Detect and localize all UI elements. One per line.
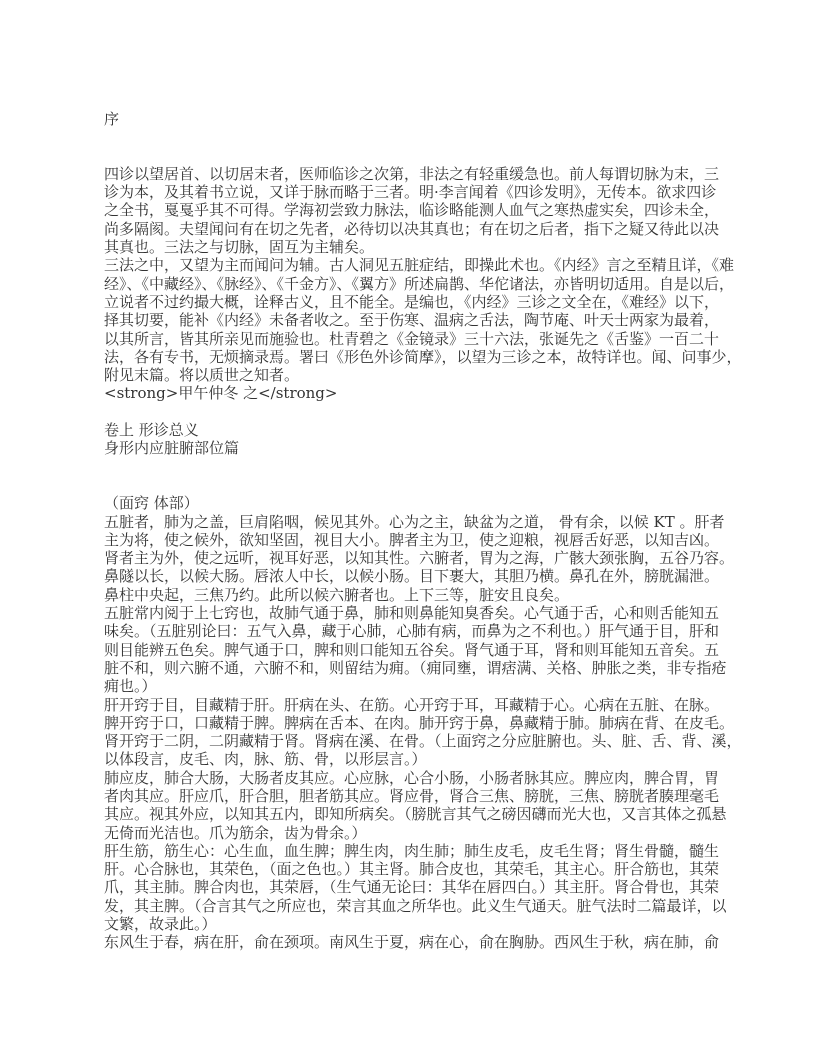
text-line: 以其所言，皆其所亲见而施验也。杜青碧之《金镜录》三十六法，张诞先之《舌鉴》一百二… xyxy=(104,330,712,348)
blank-line xyxy=(104,128,712,146)
text-line: 脏不和，则六腑不通，六腑不和，则留结为痈。（痈同壅，谓痞满、关格、肿胀之类，非专… xyxy=(104,659,712,677)
spacer-after-signature xyxy=(104,403,712,421)
section-label: （面窍 体部） xyxy=(104,494,712,512)
spacer-after-chapter-heading xyxy=(104,458,712,495)
text-line: 序 xyxy=(104,110,712,128)
signature-line: <strong>甲午仲冬 之</strong> xyxy=(104,384,712,402)
text-line: 三法之中，又望为主而闻问为辅。古人洞见五脏症结，即操此术也。《内经》言之至精且详… xyxy=(104,256,712,274)
blank-line xyxy=(104,147,712,165)
text-line: <strong>甲午仲冬 之</strong> xyxy=(104,384,712,402)
preface-paragraph-1: 四诊以望居首、以切居末者，医师临诊之次第，非法之有轻重缓急也。前人每谓切脉为末，… xyxy=(104,165,712,256)
text-line: 爪，其主肺。脾合肉也，其荣唇，（生气通无论曰：其华在唇四白。）其主肝。肾合骨也，… xyxy=(104,878,712,896)
body-paragraph-1: 五脏者，肺为之盖，巨肩陷咽，候见其外。心为之主，缺盆为之道， 骨有余，以候 KT… xyxy=(104,513,712,604)
text-line: 之全书，戛戛乎其不可得。学海初尝致力脉法，临诊略能测人血气之寒热虚实矣，四诊未全… xyxy=(104,201,712,219)
text-line: 痈也。） xyxy=(104,677,712,695)
text-line: 主为将，使之候外，欲知坚固，视目大小。脾者主为卫，使之迎粮，视唇舌好恶，以知吉凶… xyxy=(104,531,712,549)
text-line: （面窍 体部） xyxy=(104,494,712,512)
text-line: 法，各有专书，无烦摘录焉。署曰《形色外诊简摩》，以望为三诊之本，故特详也。闻、问… xyxy=(104,348,712,366)
body-paragraph-2: 五脏常内阅于上七窍也，故肺气通于鼻，肺和则鼻能知臭香矣。心气通于舌，心和则舌能知… xyxy=(104,604,712,695)
text-line: 鼻隧以长，以候大肠。唇浓人中长，以候小肠。目下裹大，其胆乃横。鼻孔在外，膀胱漏泄… xyxy=(104,567,712,585)
text-line: 其应。视其外应，以知其五内，即知所病矣。（膀胱言其气之磅因礴而光大也，又言其体之… xyxy=(104,805,712,823)
text-line: 肝生筋，筋生心：心生血，血生脾；脾生肉，肉生肺；肺生皮毛，皮毛生肾；肾生骨髓，髓… xyxy=(104,842,712,860)
text-line: 诊为本，及其着书立说，又详于脉而略于三者。明·李言闻着《四诊发明》，无传本。欲求… xyxy=(104,183,712,201)
text-line: 立说者不过约撮大概，诠释古义，且不能全。是编也，《内经》三诊之文全在，《难经》以… xyxy=(104,293,712,311)
text-line: 发，其主脾。（合言其气之所应也，荣言其血之所华也。此义生气通天。脏气法时二篇最详… xyxy=(104,897,712,915)
body-paragraph-3: 肝开窍于目，目藏精于肝。肝病在头、在筋。心开窍于耳，耳藏精于心。心病在五脏、在脉… xyxy=(104,696,712,769)
text-line: 东风生于春，病在肝，俞在颈项。南风生于夏，病在心，俞在胸胁。西风生于秋，病在肺，… xyxy=(104,933,712,951)
text-line: 则目能辨五色矣。脾气通于口，脾和则口能知五谷矣。肾气通于耳，肾和则耳能知五音矣。… xyxy=(104,641,712,659)
text-line: 五脏常内阅于上七窍也，故肺气通于鼻，肺和则鼻能知臭香矣。心气通于舌，心和则舌能知… xyxy=(104,604,712,622)
text-line: 者肉其应。肝应爪，肝合胆，胆者筋其应。肾应骨，肾合三焦、膀胱，三焦、膀胱者腠理毫… xyxy=(104,787,712,805)
text-line: 尚多隔阂。夫望闻问有在切之先者，必待切以决其真也；有在切之后者，指下之疑又待此以… xyxy=(104,220,712,238)
chapter-heading: 身形内应脏腑部位篇 xyxy=(104,439,712,457)
spacer-after-title xyxy=(104,128,712,165)
text-line: 味矣。（五脏别论曰：五气入鼻，藏于心肺，心肺有病，而鼻为之不利也。）肝气通于目，… xyxy=(104,622,712,640)
text-line: 五脏者，肺为之盖，巨肩陷咽，候见其外。心为之主，缺盆为之道， 骨有余，以候 KT… xyxy=(104,513,712,531)
volume-heading: 卷上 形诊总义 xyxy=(104,421,712,439)
text-line: 卷上 形诊总义 xyxy=(104,421,712,439)
text-line: 肾开窍于二阴，二阴藏精于肾。肾病在溪、在骨。（上面窍之分应脏腑也。头、脏、舌、背… xyxy=(104,732,712,750)
text-line: 以体段言，皮毛、肉，脉、筋、骨，以形层言。） xyxy=(104,750,712,768)
text-line: 附见末篇。将以质世之知者。 xyxy=(104,366,712,384)
blank-line xyxy=(104,458,712,476)
blank-line xyxy=(104,476,712,494)
body-paragraph-4: 肺应皮，肺合大肠，大肠者皮其应。心应脉，心合小肠，小肠者脉其应。脾应肉，脾合胃，… xyxy=(104,769,712,842)
text-line: 脾开窍于口，口藏精于脾。脾病在舌本、在肉。肺开窍于鼻，鼻藏精于肺。肺病在背、在皮… xyxy=(104,714,712,732)
text-line: 鼻柱中央起，三焦乃约。此所以候六腑者也。上下三等，脏安且良矣。 xyxy=(104,586,712,604)
text-line: 文繁，故录此。） xyxy=(104,915,712,933)
text-line: 其真也。三法之与切脉，固互为主辅矣。 xyxy=(104,238,712,256)
body-paragraph-6: 东风生于春，病在肝，俞在颈项。南风生于夏，病在心，俞在胸胁。西风生于秋，病在肺，… xyxy=(104,933,712,951)
blank-line xyxy=(104,403,712,421)
text-line: 无倚而光洁也。爪为筋余，齿为骨余。） xyxy=(104,824,712,842)
text-line: 肾者主为外，使之远听，视耳好恶，以知其性。六腑者，胃为之海，广骸大颈张胸，五谷乃… xyxy=(104,549,712,567)
text-line: 四诊以望居首、以切居末者，医师临诊之次第，非法之有轻重缓急也。前人每谓切脉为末，… xyxy=(104,165,712,183)
text-line: 肺应皮，肺合大肠，大肠者皮其应。心应脉，心合小肠，小肠者脉其应。脾应肉，脾合胃，… xyxy=(104,769,712,787)
preface-paragraph-2: 三法之中，又望为主而闻问为辅。古人洞见五脏症结，即操此术也。《内经》言之至精且详… xyxy=(104,256,712,384)
body-paragraph-5: 肝生筋，筋生心：心生血，血生脾；脾生肉，肉生肺；肺生皮毛，皮毛生肾；肾生骨髓，髓… xyxy=(104,842,712,933)
text-line: 择其切要，能补《内经》未备者收之。至于伤寒、温病之舌法，陶节庵、叶天士两家为最着… xyxy=(104,311,712,329)
preface-title: 序 xyxy=(104,110,712,128)
text-line: 身形内应脏腑部位篇 xyxy=(104,439,712,457)
text-line: 经》、《中藏经》、《脉经》、《千金方》、《翼方》所述扁鹊、华佗诸法，亦皆明切适用… xyxy=(104,275,712,293)
text-line: 肝开窍于目，目藏精于肝。肝病在头、在筋。心开窍于耳，耳藏精于心。心病在五脏、在脉… xyxy=(104,696,712,714)
text-line: 肝。心合脉也，其荣色，（面之色也。）其主肾。肺合皮也，其荣毛，其主心。肝合筋也，… xyxy=(104,860,712,878)
document-page: 序 四诊以望居首、以切居末者，医师临诊之次第，非法之有轻重缓急也。前人每谓切脉为… xyxy=(0,0,816,1056)
